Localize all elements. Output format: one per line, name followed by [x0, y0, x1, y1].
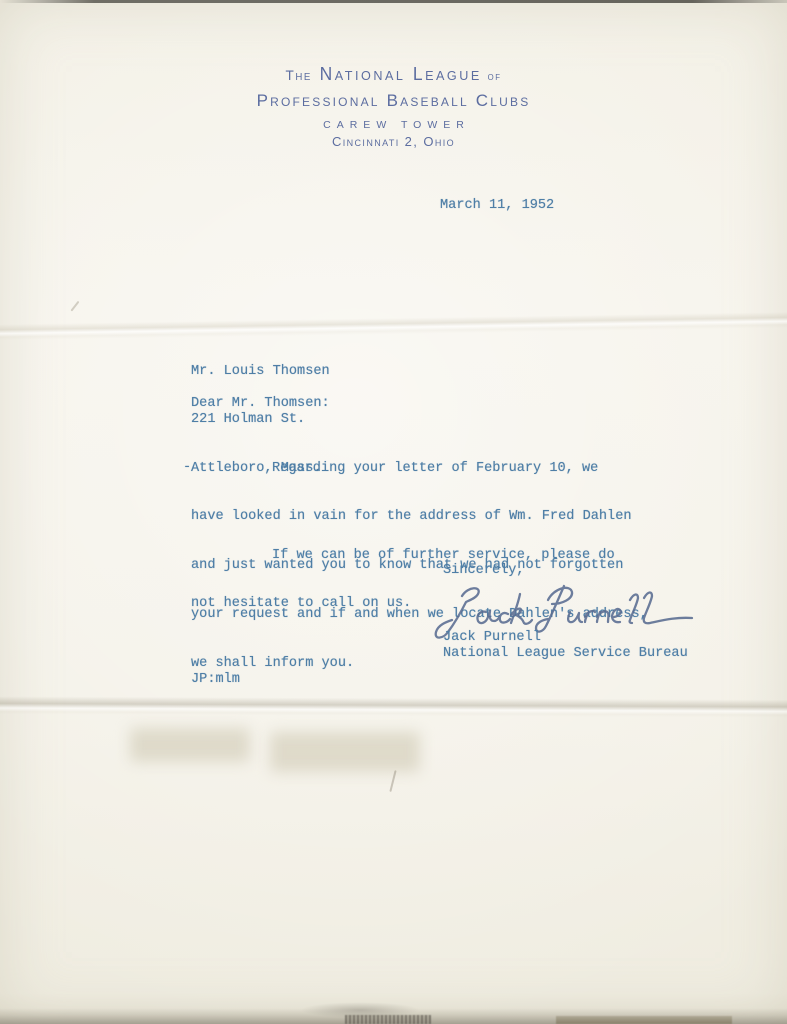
paper-scratch	[389, 770, 396, 792]
body-line: Regarding your letter of February 10, we	[191, 461, 648, 477]
paper-scratch	[70, 301, 79, 311]
signer-title: National League Service Bureau	[443, 646, 688, 662]
scan-bottom-shadow	[300, 1002, 420, 1018]
recipient-street: 221 Holman St.	[191, 412, 330, 428]
letterhead-of: of	[488, 69, 502, 83]
scan-top-edge	[0, 0, 787, 3]
salutation: Dear Mr. Thomsen:	[191, 396, 330, 412]
letterhead-org-name1: National League	[320, 64, 482, 84]
letterhead-org-line1: TheNational Leagueof	[12, 64, 775, 85]
paper-fold-crease-upper	[0, 312, 787, 341]
letterhead-city: Cincinnati 2, Ohio	[0, 134, 787, 149]
scanned-letter-page: TheNational Leagueof Professional Baseba…	[0, 0, 787, 1024]
letter-date: March 11, 1952	[440, 198, 554, 214]
ink-bleedthrough-mark	[270, 732, 420, 772]
letterhead-building: CAREW TOWER	[0, 119, 787, 131]
ink-bleedthrough-mark	[130, 728, 250, 762]
signer-typed-name: Jack Purnell	[443, 630, 541, 646]
closing: Sincerely,	[443, 563, 525, 579]
letterhead: TheNational Leagueof Professional Baseba…	[0, 64, 787, 149]
body-line: If we can be of further service, please …	[191, 548, 615, 564]
typist-reference-initials: JP:mlm	[191, 672, 240, 688]
letterhead-the: The	[285, 67, 311, 83]
recipient-name: Mr. Louis Thomsen	[191, 364, 330, 380]
stray-typewriter-mark: -	[183, 460, 191, 476]
letterhead-org-line2: Professional Baseball Clubs	[0, 91, 787, 111]
scan-bottom-artifact	[556, 1016, 732, 1024]
